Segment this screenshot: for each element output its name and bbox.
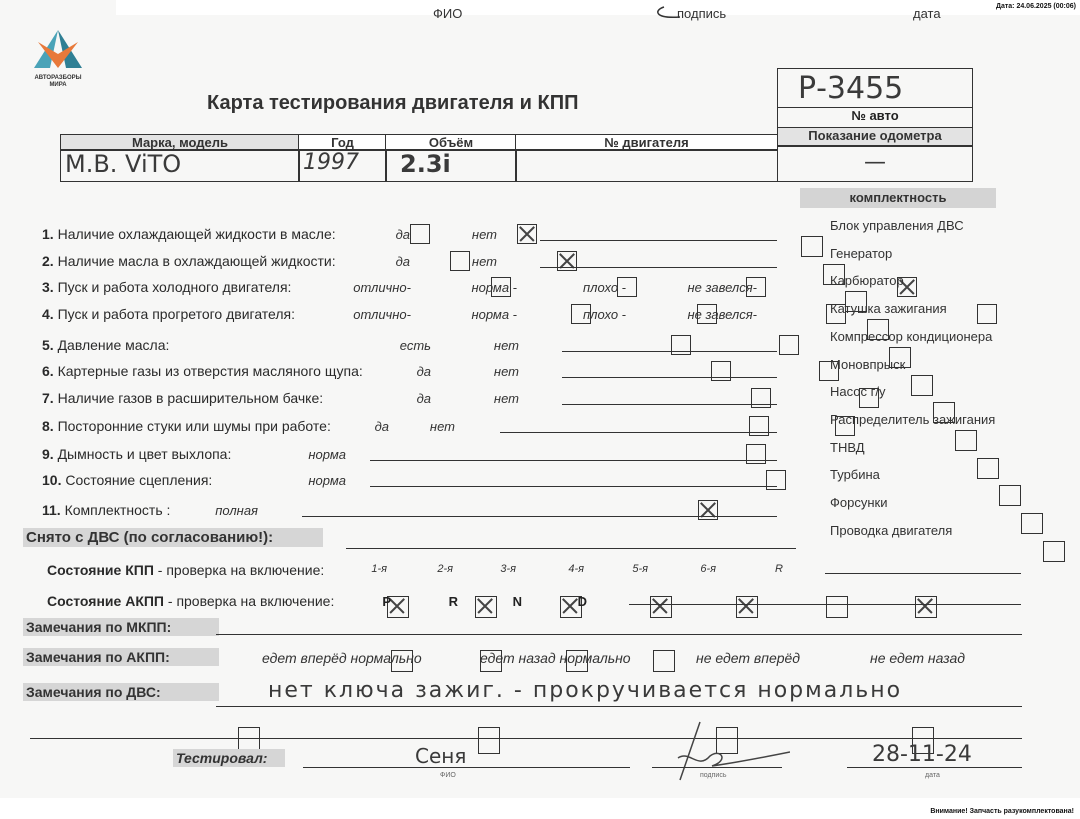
vehicle-table: Марка, модель Год Объём № двигателя M.B.… <box>60 134 778 182</box>
question-text: Картерные газы из отверстия масляного щу… <box>58 363 363 379</box>
question-7: 7. Наличие газов в расширительном бачке: <box>42 390 323 406</box>
odometer-label: Показание одометра <box>778 127 972 146</box>
checkbox-4-4[interactable] <box>977 304 997 324</box>
tested-by-label: Тестировал: <box>173 749 285 767</box>
tester-name-value[interactable]: Сеня <box>415 744 466 768</box>
completeness-item-label: Распределитель зажигания <box>830 412 995 427</box>
test-date-caption: дата <box>925 772 940 779</box>
note-line[interactable] <box>500 432 777 433</box>
completeness-checkbox[interactable] <box>955 430 977 451</box>
option-label: норма - <box>471 280 517 295</box>
note-line[interactable] <box>562 377 777 378</box>
option-label: отлично- <box>353 280 411 295</box>
akpp-remark-label: едет вперёд нормально <box>262 650 422 666</box>
odometer-field[interactable]: — <box>777 145 973 182</box>
checkbox-2-2[interactable] <box>557 251 577 271</box>
manual-gearbox-label-bold: Состояние КПП <box>47 562 154 578</box>
question-text: Пуск и работа прогретого двигателя: <box>58 306 295 322</box>
checkbox-5-1[interactable] <box>671 335 691 355</box>
completeness-item-label: ТНВД <box>830 440 865 455</box>
odometer-value: — <box>864 150 886 175</box>
completeness-item-label: Блок управления ДВС <box>830 218 964 233</box>
logo-line2: МИРА <box>30 82 86 89</box>
completeness-item-label: Форсунки <box>830 495 887 510</box>
tester-name-line <box>303 767 630 768</box>
note-line[interactable] <box>562 351 777 352</box>
auto-gearbox-note-line[interactable] <box>629 604 1021 605</box>
test-date-value[interactable]: 28-11-24 <box>872 742 972 767</box>
option-label: нет <box>472 227 497 242</box>
akpp-remark-label: едет назад нормально <box>480 650 631 666</box>
note-line[interactable] <box>540 267 777 268</box>
completeness-item-label: Компрессор кондиционера <box>830 329 992 344</box>
question-number: 5. <box>42 337 54 353</box>
option-label: нет <box>494 338 519 353</box>
question-number: 11. <box>42 502 61 518</box>
checkbox-8-1[interactable] <box>749 416 769 436</box>
gear-label: 5-я <box>632 563 648 575</box>
option-label: норма <box>308 447 346 462</box>
question-text: Состояние сцепления: <box>65 472 212 488</box>
logo-line1: АВТОРАЗБОРЫ <box>30 75 86 82</box>
checkbox-1-2[interactable] <box>517 224 537 244</box>
checkbox-9-1[interactable] <box>746 444 766 464</box>
option-label: нет <box>430 419 455 434</box>
question-4: 4. Пуск и работа прогретого двигателя: <box>42 306 295 322</box>
mkpp-remarks-label: Замечания по МКПП: <box>23 618 219 636</box>
question-number: 7. <box>42 390 54 406</box>
completeness-item-label: Проводка двигателя <box>830 523 952 538</box>
question-text: Дымность и цвет выхлопа: <box>58 446 232 462</box>
gear-label: 1-я <box>371 563 387 575</box>
question-text: Пуск и работа холодного двигателя: <box>58 279 292 295</box>
option-label: нет <box>494 364 519 379</box>
gear-label: 3-я <box>500 563 516 575</box>
completeness-checkbox[interactable] <box>801 236 823 257</box>
completeness-item-label: Моновпрыск <box>830 357 905 372</box>
completeness-item-label: Генератор <box>830 246 892 261</box>
completeness-item-label: Насос г/у <box>830 384 885 399</box>
question-number: 3. <box>42 279 54 295</box>
checkbox-5-2[interactable] <box>779 335 799 355</box>
dvs-remarks-label: Замечания по ДВС: <box>23 683 219 701</box>
akpp-remark-label: не едет назад <box>870 650 965 666</box>
note-line[interactable] <box>370 486 777 487</box>
dvs-remarks-line <box>216 706 1022 707</box>
option-label: норма - <box>471 307 517 322</box>
question-number: 4. <box>42 306 54 322</box>
auto-gearbox-label-bold: Состояние АКПП <box>47 593 164 609</box>
question-number: 1. <box>42 226 54 242</box>
top-fio-caption: ФИО <box>433 6 462 21</box>
auto-number-value[interactable]: Р-3455 <box>798 71 903 106</box>
manual-gearbox-label-rest: - проверка на включение: <box>154 562 324 578</box>
question-11: 11. Комплектность : <box>42 502 170 518</box>
bottom-white-strip <box>0 798 1080 819</box>
akpp-position-checkbox-D[interactable] <box>653 650 675 672</box>
question-text: Наличие охлаждающей жидкости в масле: <box>58 226 336 242</box>
completeness-checkbox[interactable] <box>1043 541 1065 562</box>
akpp-remark-checkbox[interactable] <box>478 727 500 754</box>
option-label: да <box>396 227 410 242</box>
removed-from-engine-line[interactable] <box>346 548 796 549</box>
question-number: 6. <box>42 363 54 379</box>
auto-number-box: Р-3455 № авто Показание одометра <box>777 68 973 147</box>
question-number: 9. <box>42 446 54 462</box>
question-3: 3. Пуск и работа холодного двигателя: <box>42 279 291 295</box>
akpp-remark-label: не едет вперёд <box>696 650 800 666</box>
gear-checkbox-5-я[interactable] <box>736 596 758 618</box>
checkbox-10-1[interactable] <box>766 470 786 490</box>
option-label: нет <box>472 254 497 269</box>
gear-label: 4-я <box>568 563 584 575</box>
completeness-list: Блок управления ДВСГенераторКарбюраторКа… <box>0 20 1080 41</box>
checkbox-2-1[interactable] <box>450 251 470 271</box>
position-label: P <box>382 594 391 609</box>
checkbox-7-1[interactable] <box>751 388 771 408</box>
auto-gearbox-label: Состояние АКПП - проверка на включение: <box>47 593 334 609</box>
position-label: N <box>513 594 522 609</box>
gear-checkbox-6-я[interactable] <box>826 596 848 618</box>
option-label: нет <box>494 391 519 406</box>
gear-checks: 1-я2-я3-я4-я5-я6-яR <box>0 41 1080 63</box>
logo-mark-icon <box>30 28 86 70</box>
checkbox-6-1[interactable] <box>711 361 731 381</box>
question-6: 6. Картерные газы из отверстия масляного… <box>42 363 363 379</box>
completeness-header: комплектность <box>800 188 996 208</box>
question-text: Наличие масла в охлаждающей жидкости: <box>58 253 336 269</box>
year-value[interactable]: 1997 <box>298 149 387 182</box>
option-label: да <box>375 419 389 434</box>
question-8: 8. Посторонние стуки или шумы при работе… <box>42 418 331 434</box>
gear-label: R <box>775 563 783 575</box>
mkpp-remarks-line[interactable] <box>216 634 1022 635</box>
option-label: есть <box>400 338 431 353</box>
gear-checkbox-4-я[interactable] <box>650 596 672 618</box>
question-number: 8. <box>42 418 54 434</box>
volume-value[interactable]: 2.3i <box>385 149 517 182</box>
question-number: 10. <box>42 472 61 488</box>
question-text: Давление масла: <box>58 337 170 353</box>
question-text: Наличие газов в расширительном бачке: <box>58 390 324 406</box>
question-number: 2. <box>42 253 54 269</box>
option-label: плохо - <box>583 280 626 295</box>
extra-remarks-line[interactable] <box>30 738 1022 739</box>
akpp-remarks-label: Замечания по АКПП: <box>23 648 219 666</box>
engine-number-value[interactable] <box>515 149 778 182</box>
checkbox-1-1[interactable] <box>410 224 430 244</box>
tester-fio-caption: ФИО <box>440 772 456 779</box>
position-label: D <box>578 594 587 609</box>
tester-signature-caption: подпись <box>700 772 726 779</box>
question-9: 9. Дымность и цвет выхлопа: <box>42 446 231 462</box>
completeness-checkbox[interactable] <box>1021 513 1043 534</box>
tester-signature-icon <box>650 720 790 790</box>
question-2: 2. Наличие масла в охлаждающей жидкости: <box>42 253 336 269</box>
option-label: полная <box>215 503 258 518</box>
gear-label: 2-я <box>437 563 453 575</box>
question-5: 5. Давление масла: <box>42 337 169 353</box>
manual-gearbox-label: Состояние КПП - проверка на включение: <box>47 562 324 578</box>
removed-from-engine-label: Снято с ДВС (по согласованию!): <box>23 528 323 547</box>
gear-label: 6-я <box>700 563 716 575</box>
gear-checkbox-R[interactable] <box>915 596 937 618</box>
company-logo: АВТОРАЗБОРЫ МИРА <box>30 28 86 89</box>
auto-gearbox-label-rest: - проверка на включение: <box>164 593 334 609</box>
completeness-checkbox[interactable] <box>977 458 999 479</box>
manual-gearbox-note-line[interactable] <box>825 573 1021 574</box>
completeness-checkbox[interactable] <box>911 375 933 396</box>
auto-number-label: № авто <box>778 107 972 123</box>
completeness-checkbox[interactable] <box>999 485 1021 506</box>
option-label: плохо - <box>583 307 626 322</box>
test-date-line <box>847 767 1022 768</box>
option-label: да <box>417 364 431 379</box>
option-label: да <box>417 391 431 406</box>
completeness-item-label: Турбина <box>830 467 880 482</box>
option-label: не завелся- <box>687 280 757 295</box>
gear-checkbox-2-я[interactable] <box>475 596 497 618</box>
option-label: отлично- <box>353 307 411 322</box>
position-label: R <box>449 594 458 609</box>
option-label: норма <box>308 473 346 488</box>
question-1: 1. Наличие охлаждающей жидкости в масле: <box>42 226 336 242</box>
completeness-item-label: Катушка зажигания <box>830 301 947 316</box>
note-line[interactable] <box>370 460 777 461</box>
note-line[interactable] <box>562 404 777 405</box>
tester-signature-line[interactable] <box>652 767 782 768</box>
dvs-remarks-value[interactable]: нет ключа зажиг. - прокручивается нормал… <box>268 678 902 703</box>
note-line[interactable] <box>302 516 777 517</box>
option-label: да <box>396 254 410 269</box>
option-label: не завелся- <box>687 307 757 322</box>
question-text: Посторонние стуки или шумы при работе: <box>58 418 331 434</box>
page-title: Карта тестирования двигателя и КПП <box>207 92 578 115</box>
make-model-value[interactable]: M.B. ViTO <box>60 149 300 182</box>
print-timestamp: Дата: 24.06.2025 (00:06) <box>996 3 1076 10</box>
question-text: Комплектность : <box>65 502 171 518</box>
question-10: 10. Состояние сцепления: <box>42 472 212 488</box>
signature-stroke-icon <box>652 5 682 21</box>
note-line[interactable] <box>540 240 777 241</box>
completeness-item-label: Карбюратор <box>830 273 904 288</box>
checkbox-11-1[interactable] <box>698 500 718 520</box>
warning-notice: Внимание! Запчасть разукомплектована! <box>930 808 1074 815</box>
top-date-caption: дата <box>913 6 941 21</box>
top-signature-caption: подпись <box>677 6 726 21</box>
